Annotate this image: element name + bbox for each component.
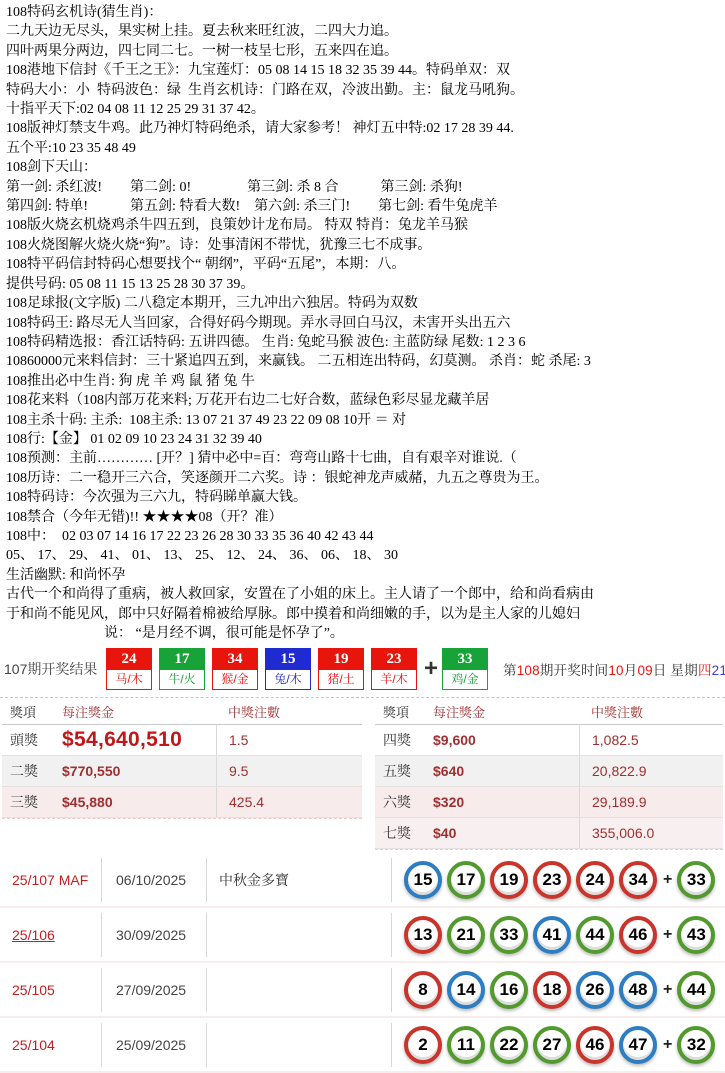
- plus-sign: +: [663, 981, 672, 999]
- tip-line: 108剑下天山：: [6, 158, 723, 177]
- prize-row: 七獎$40355,006.0: [375, 818, 723, 849]
- tip-line: 二九天边无尽头，果实树上挂。夏去秋来旺红波，二四大力追。: [6, 22, 723, 41]
- draw-history: 25/107 MAF06/10/2025中秋金多寶151719232434+33…: [0, 853, 725, 1073]
- result-ball-zodiac: 马/木: [107, 670, 151, 689]
- history-draw-link[interactable]: 25/107 MAF: [12, 872, 88, 888]
- tip-line: 05、 17、 29、 41、 01、 13、 25、 12、 24、 36、 …: [6, 546, 723, 565]
- tip-line: 108中： 02 03 07 14 16 17 22 23 26 28 30 3…: [6, 527, 723, 546]
- result-ball-number: 24: [107, 649, 151, 670]
- history-draw-link[interactable]: 25/104: [12, 1037, 55, 1053]
- latest-result-balls: 24马/木17牛/火34猴/金15兔/木19猪/土23羊/木+33鸡/金: [106, 648, 495, 690]
- tip-line: 108推出必中生肖: 狗 虎 羊 鸡 鼠 猪 兔 牛: [6, 372, 723, 391]
- tip-line: 提供号码: 05 08 11 15 13 25 28 30 37 39。: [6, 275, 723, 294]
- prize-unit-count: 29,189.9: [579, 787, 723, 817]
- tip-line: 于和尚不能见风，郎中只好隔着棉被给厚脉。郎中摸着和尚细嫩的手，以为是主人家的儿媳…: [6, 605, 723, 624]
- prize-unit-count: 9.5: [216, 756, 362, 786]
- history-row: 25/10630/09/2025132133414446+43: [0, 908, 725, 963]
- history-ball: 8: [404, 971, 442, 1009]
- prize-unit-count: 1.5: [216, 725, 362, 755]
- tip-line: 108版火烧玄机烧鸡杀牛四五到，良策妙计龙布局。 特双 特肖：兔龙羊马猴: [6, 216, 723, 235]
- result-ball-cell: 23羊/木: [371, 648, 417, 690]
- prize-unit-count: 1,082.5: [579, 725, 723, 755]
- history-ball: 46: [576, 1026, 614, 1064]
- history-bonus-ball: 44: [677, 971, 715, 1009]
- prize-tier-label: 三獎: [2, 792, 56, 812]
- prize-tier-label: 頭獎: [2, 730, 56, 750]
- next-draw-segment: 日 星期: [653, 663, 698, 678]
- history-ball: 24: [576, 861, 614, 899]
- history-ball: 27: [533, 1026, 571, 1064]
- tip-line: 生活幽默: 和尚怀孕: [6, 566, 723, 585]
- plus-sign: +: [663, 926, 672, 944]
- tip-line: 108禁合（今年无错)!! ★★★★08（开？准）: [6, 508, 723, 527]
- history-draw-date: 27/09/2025: [102, 968, 207, 1012]
- history-draw-date: 06/10/2025: [102, 858, 207, 902]
- prize-amount: $320: [427, 794, 579, 810]
- history-draw-id: 25/106: [0, 913, 102, 957]
- prize-tier-label: 五獎: [375, 761, 427, 781]
- result-ball-cell: 19猪/土: [318, 648, 364, 690]
- result-ball-number: 34: [213, 649, 257, 670]
- history-bonus-ball: 43: [677, 916, 715, 954]
- tip-line: 108版神灯禁支牛鸡。此乃神灯特码绝杀，请大家参考！ 神灯五中特:02 17 2…: [6, 119, 723, 138]
- prize-tier-label: 六獎: [375, 792, 427, 812]
- tip-line: 108特码王: 路尽无人当回家，合得好码今期现。弄水寻回白马汉，未害开头出五六: [6, 314, 723, 333]
- history-row: 25/10425/09/202521122274647+32: [0, 1018, 725, 1073]
- tip-line: 第四剑: 特单! 第五剑: 特看大数! 第六剑: 杀三门! 第七剑: 看牛兔虎羊: [6, 197, 723, 216]
- tip-line: 古代一个和尚得了重病，被人救回家，安置在了小姐的床上。主人请了一个郎中，给和尚看…: [6, 585, 723, 604]
- result-ball-zodiac: 羊/木: [372, 670, 416, 689]
- prize-row: 頭獎$54,640,5101.5: [2, 725, 362, 756]
- history-bonus-ball: 32: [677, 1026, 715, 1064]
- tip-line: 108火烧图解火烧火烧“狗”。诗：处事清闲不带忧，犹豫三七不成事。: [6, 236, 723, 255]
- history-ball: 23: [533, 861, 571, 899]
- history-ball: 11: [447, 1026, 485, 1064]
- tip-line: 第一剑: 杀红波! 第二剑: 0! 第三剑: 杀 8 合 第三剑: 杀狗!: [6, 178, 723, 197]
- result-ball-zodiac: 牛/火: [160, 670, 204, 689]
- prize-unit-count: 20,822.9: [579, 756, 723, 786]
- result-ball-zodiac: 猴/金: [213, 670, 257, 689]
- prize-column-header: 每注獎金: [427, 702, 579, 721]
- prize-tier-label: 七獎: [375, 823, 427, 843]
- tip-line: 四叶两果分两边，四七同二七。一树一枝呈七形，五来四在追。: [6, 42, 723, 61]
- history-ball: 2: [404, 1026, 442, 1064]
- history-ball: 13: [404, 916, 442, 954]
- plus-sign: +: [424, 655, 438, 683]
- tip-line: 108行:【金】 01 02 09 10 23 24 31 32 39 40: [6, 430, 723, 449]
- history-ball: 44: [576, 916, 614, 954]
- prize-amount: $40: [427, 825, 579, 841]
- prize-amount: $770,550: [56, 763, 216, 779]
- prize-unit-count: 425.4: [216, 787, 362, 817]
- tip-line: 108港地下信封《千王之王》：九宝莲灯：05 08 14 15 18 32 35…: [6, 61, 723, 80]
- result-ball-number: 23: [372, 649, 416, 670]
- history-draw-id: 25/105: [0, 968, 102, 1012]
- tip-line: 108主杀十码: 主杀: 108主杀: 13 07 21 37 49 23 22…: [6, 411, 723, 430]
- prize-amount: $640: [427, 763, 579, 779]
- next-draw-segment: 四: [698, 663, 712, 678]
- tip-line: 108特码精选报：香江话特码: 五讲四德。 生肖: 兔蛇马猴 波色: 主蓝防绿 …: [6, 333, 723, 352]
- prize-table-left: 獎項每注獎金中獎注數頭獎$54,640,5101.5二獎$770,5509.5三…: [2, 698, 362, 819]
- history-row: 25/10527/09/202581416182648+44: [0, 963, 725, 1018]
- history-ball: 22: [490, 1026, 528, 1064]
- tip-line: 五个平:10 23 35 48 49: [6, 139, 723, 158]
- history-ball: 33: [490, 916, 528, 954]
- history-draw-id: 25/107 MAF: [0, 858, 102, 902]
- result-bonus-ball-cell: 33鸡/金: [442, 648, 488, 690]
- tip-line: 十指平天下:02 04 08 11 12 25 29 31 37 42。: [6, 100, 723, 119]
- next-draw-segment: 108: [517, 663, 540, 678]
- prize-amount: $45,880: [56, 794, 216, 810]
- history-draw-link[interactable]: 25/106: [12, 927, 55, 943]
- prize-amount: $54,640,510: [56, 728, 216, 752]
- tip-line: 特码大小：小 特码波色：绿 生肖玄机诗：门路在双，冷波出勤。主：鼠龙马吼狗。: [6, 81, 723, 100]
- prize-amount: $9,600: [427, 732, 579, 748]
- result-ball-number: 33: [443, 649, 487, 670]
- history-draw-name: [207, 968, 392, 1012]
- next-draw-segment: 09: [637, 663, 652, 678]
- prize-column-header: 獎項: [2, 702, 56, 721]
- prize-column-header: 中獎注數: [579, 698, 723, 724]
- prize-unit-count: 355,006.0: [579, 818, 723, 848]
- history-balls: 21122274647+32: [404, 1026, 720, 1064]
- history-ball: 18: [533, 971, 571, 1009]
- tips-text-block: 108特码玄机诗(猜生肖)：二九天边无尽头，果实树上挂。夏去秋来旺红波，二四大力…: [0, 0, 725, 643]
- tip-line: 108预测：主前………… [开？] 猜中必中=百：弯弯山路十七曲，自有艰辛对谁说…: [6, 449, 723, 468]
- result-ball-zodiac: 兔/木: [266, 670, 310, 689]
- tip-line: 108特码诗：今次强为三六九，特码睇单赢大钱。: [6, 488, 723, 507]
- history-balls: 151719232434+33: [404, 861, 720, 899]
- prize-column-header: 每注獎金: [56, 702, 216, 721]
- history-ball: 41: [533, 916, 571, 954]
- next-draw-segment: 月: [624, 663, 638, 678]
- result-ball-number: 15: [266, 649, 310, 670]
- history-ball: 34: [619, 861, 657, 899]
- plus-sign: +: [663, 1036, 672, 1054]
- tip-line: 108足球报(文字版) 二八稳定本期开，三九冲出六独居。特码为双数: [6, 294, 723, 313]
- result-ball-cell: 24马/木: [106, 648, 152, 690]
- prize-tier-label: 四獎: [375, 730, 427, 750]
- history-draw-name: 中秋金多寶: [207, 858, 392, 902]
- tip-line: 说： “是月经不调，很可能是怀孕了”。: [6, 624, 723, 643]
- history-ball: 21: [447, 916, 485, 954]
- prize-table-header: 獎項每注獎金中獎注數: [375, 698, 723, 725]
- prize-tables: 獎項每注獎金中獎注數頭獎$54,640,5101.5二獎$770,5509.5三…: [0, 697, 725, 850]
- history-balls: 132133414446+43: [404, 916, 720, 954]
- history-ball: 15: [404, 861, 442, 899]
- prize-row: 三獎$45,880425.4: [2, 787, 362, 818]
- next-draw-segment: 10: [608, 663, 623, 678]
- history-bonus-ball: 33: [677, 861, 715, 899]
- result-ball-cell: 17牛/火: [159, 648, 205, 690]
- history-draw-id: 25/104: [0, 1023, 102, 1067]
- history-ball: 14: [447, 971, 485, 1009]
- latest-result-label: 107期开奖结果: [4, 659, 106, 679]
- prize-row: 四獎$9,6001,082.5: [375, 725, 723, 756]
- history-ball: 16: [490, 971, 528, 1009]
- tip-line: 108花来料（108内部万花来料; 万花开右边二七好合数，蓝绿色彩尽显龙藏羊居: [6, 391, 723, 410]
- result-ball-number: 17: [160, 649, 204, 670]
- history-draw-date: 30/09/2025: [102, 913, 207, 957]
- latest-result-bar: 107期开奖结果 24马/木17牛/火34猴/金15兔/木19猪/土23羊/木+…: [0, 643, 725, 695]
- next-draw-segment: 21:30: [712, 663, 725, 678]
- result-ball-cell: 15兔/木: [265, 648, 311, 690]
- history-draw-name: [207, 913, 392, 957]
- history-ball: 47: [619, 1026, 657, 1064]
- prize-tier-label: 二獎: [2, 761, 56, 781]
- history-ball: 48: [619, 971, 657, 1009]
- prize-row: 六獎$32029,189.9: [375, 787, 723, 818]
- tip-line: 108特码玄机诗(猜生肖)：: [6, 3, 723, 22]
- history-row: 25/107 MAF06/10/2025中秋金多寶151719232434+33: [0, 853, 725, 908]
- plus-sign: +: [663, 871, 672, 889]
- prize-table-header: 獎項每注獎金中獎注數: [2, 698, 362, 725]
- history-draw-date: 25/09/2025: [102, 1023, 207, 1067]
- result-ball-cell: 34猴/金: [212, 648, 258, 690]
- result-ball-number: 19: [319, 649, 363, 670]
- result-ball-zodiac: 猪/土: [319, 670, 363, 689]
- history-draw-name: [207, 1023, 392, 1067]
- tip-line: 10860000元来料信封：三十紧追四五到，来赢钱。 二五相连出特码，幻莫测。 …: [6, 352, 723, 371]
- next-draw-segment: 期开奖时间: [540, 663, 609, 678]
- prize-column-header: 中獎注數: [216, 698, 362, 724]
- history-balls: 81416182648+44: [404, 971, 720, 1009]
- history-ball: 46: [619, 916, 657, 954]
- result-ball-zodiac: 鸡/金: [443, 670, 487, 689]
- next-draw-segment: 第: [503, 663, 517, 678]
- history-ball: 26: [576, 971, 614, 1009]
- history-ball: 19: [490, 861, 528, 899]
- prize-row: 五獎$64020,822.9: [375, 756, 723, 787]
- prize-column-header: 獎項: [375, 702, 427, 721]
- tip-line: 108历诗：二一稳开三六合，笑逐颜开二六奖。诗 ：银蛇神龙声威赭，九五之尊贵为王…: [6, 469, 723, 488]
- history-ball: 17: [447, 861, 485, 899]
- tip-line: 108特平码信封特码心想要找个“ 朝纲”，平码“五尾”，本期：八。: [6, 255, 723, 274]
- history-draw-link[interactable]: 25/105: [12, 982, 55, 998]
- prize-row: 二獎$770,5509.5: [2, 756, 362, 787]
- prize-table-right: 獎項每注獎金中獎注數四獎$9,6001,082.5五獎$64020,822.9六…: [375, 698, 723, 850]
- next-draw-info: 第108期开奖时间10月09日 星期四21:30: [503, 659, 725, 679]
